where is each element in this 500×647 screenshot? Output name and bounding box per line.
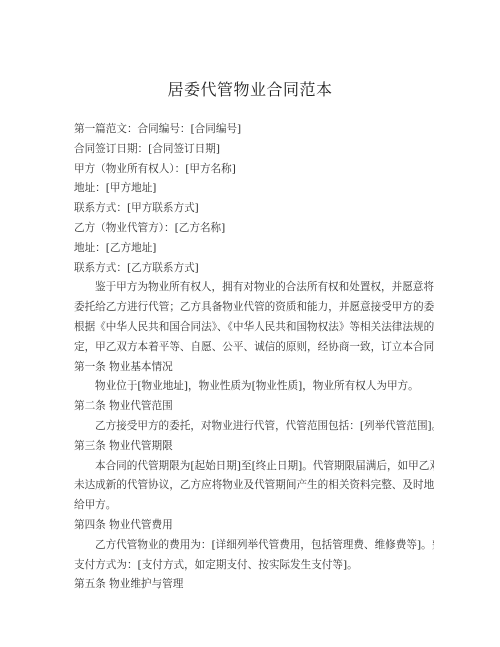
article-text: 物业位于[物业地址]，物业性质为[物业性质]，物业所有权人为甲方。 bbox=[74, 377, 434, 397]
sign-date-line: 合同签订日期：[合同签订日期] bbox=[74, 140, 434, 160]
preamble-paragraph: 鉴于甲方为物业所有权人，拥有对物业的合法所有权和处置权，并愿意将物业 委托给乙方… bbox=[74, 278, 434, 357]
article-text: 乙方接受甲方的委托，对物业进行代管，代管范围包括：[列举代管范围]。 bbox=[74, 417, 434, 437]
article-heading: 第四条 物业代管费用 bbox=[74, 516, 434, 536]
party-b-contact-line: 联系方式：[乙方联系方式] bbox=[74, 259, 434, 279]
preamble-line: 定，甲乙双方本着平等、自愿、公平、诚信的原则，经协商一致，订立本合同。 bbox=[74, 338, 434, 358]
party-a-name-line: 甲方（物业所有权人）：[甲方名称] bbox=[74, 160, 434, 180]
article-3: 第三条 物业代管期限 本合同的代管期限为[起始日期]至[终止日期]。代管期限届满… bbox=[74, 437, 434, 516]
preamble-line: 鉴于甲方为物业所有权人，拥有对物业的合法所有权和处置权，并愿意将物业 bbox=[74, 278, 434, 298]
article-text: 乙方代管物业的费用为：[详细列举代管费用，包括管理费、维修费等]。费用 bbox=[74, 536, 434, 556]
party-a-address-line: 地址：[甲方地址] bbox=[74, 179, 434, 199]
article-text: 给甲方。 bbox=[74, 496, 434, 516]
document-title: 居委代管物业合同范本 bbox=[0, 77, 500, 100]
preamble-line: 根据《中华人民共和国合同法》、《中华人民共和国物权法》等相关法律法规的规 bbox=[74, 318, 434, 338]
article-1: 第一条 物业基本情况 物业位于[物业地址]，物业性质为[物业性质]，物业所有权人… bbox=[74, 358, 434, 398]
article-heading: 第三条 物业代管期限 bbox=[74, 437, 434, 457]
article-text: 支付方式为：[支付方式，如定期支付、按实际发生支付等]。 bbox=[74, 556, 434, 576]
party-b-name-line: 乙方（物业代管方）：[乙方名称] bbox=[74, 219, 434, 239]
article-text: 未达成新的代管协议，乙方应将物业及代管期间产生的相关资料完整、及时地移交 bbox=[74, 476, 434, 496]
document-page: 居委代管物业合同范本 第一篇范文：合同编号：[合同编号] 合同签订日期：[合同签… bbox=[0, 0, 500, 647]
document-body: 第一篇范文：合同编号：[合同编号] 合同签订日期：[合同签订日期] 甲方（物业所… bbox=[74, 120, 434, 595]
article-heading: 第二条 物业代管范围 bbox=[74, 397, 434, 417]
party-a-contact-line: 联系方式：[甲方联系方式] bbox=[74, 199, 434, 219]
party-b-address-line: 地址：[乙方地址] bbox=[74, 239, 434, 259]
article-text: 本合同的代管期限为[起始日期]至[终止日期]。代管期限届满后，如甲乙双方 bbox=[74, 457, 434, 477]
contract-number-line: 第一篇范文：合同编号：[合同编号] bbox=[74, 120, 434, 140]
preamble-line: 委托给乙方进行代管；乙方具备物业代管的资质和能力，并愿意接受甲方的委托， bbox=[74, 298, 434, 318]
article-4: 第四条 物业代管费用 乙方代管物业的费用为：[详细列举代管费用，包括管理费、维修… bbox=[74, 516, 434, 575]
article-heading: 第一条 物业基本情况 bbox=[74, 358, 434, 378]
article-2: 第二条 物业代管范围 乙方接受甲方的委托，对物业进行代管，代管范围包括：[列举代… bbox=[74, 397, 434, 437]
article-5: 第五条 物业维护与管理 bbox=[74, 575, 434, 595]
article-heading: 第五条 物业维护与管理 bbox=[74, 575, 434, 595]
